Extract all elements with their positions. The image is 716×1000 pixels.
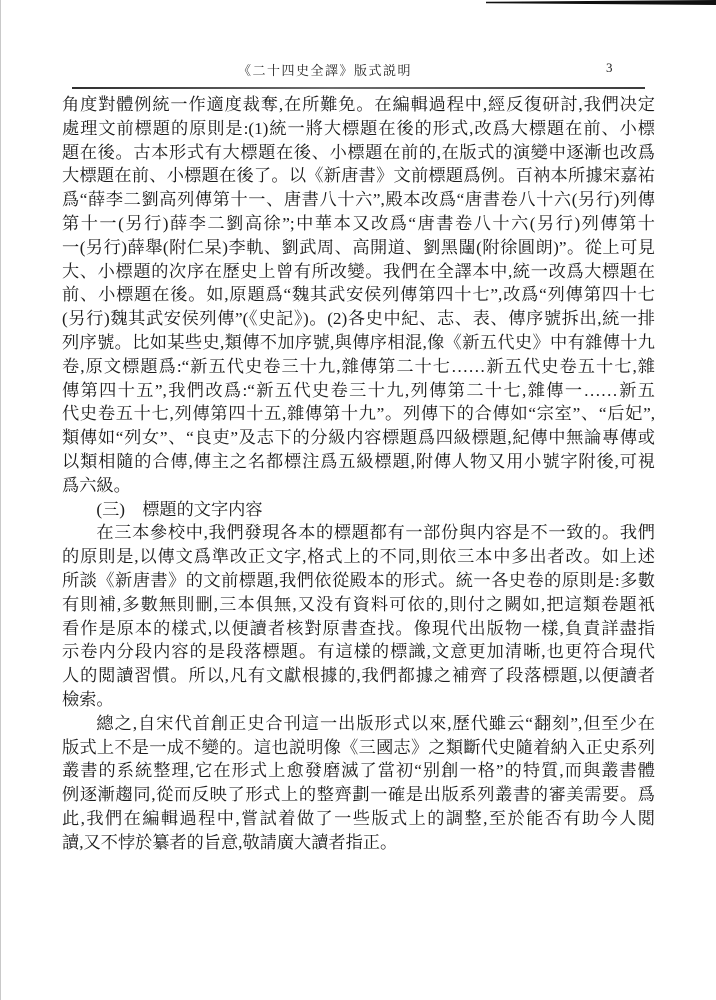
running-header-title: 《二十四史全譯》版式説明	[0, 60, 650, 79]
scanned-book-page: 《二十四史全譯》版式説明 3 角度對體例統一作適度裁奪,在所難免。在編輯過程中,…	[0, 0, 716, 1000]
text-line: 叢書的系統整理,它在形式上愈發磨滅了當初“别創一格”的特質,而與叢書體	[62, 759, 655, 783]
text-line: 列序號。比如某些史,類傳不加序號,與傳序相混,像《新五代史》中有雜傳十九	[62, 331, 655, 355]
text-line: 處理文前標題的原則是:(1)統一將大標題在後的形式,改爲大標題在前、小標	[62, 117, 655, 141]
text-line: 示卷内分段内容的是段落標題。有這樣的標識,文意更加清晰,也更符合現代	[62, 640, 655, 664]
section-heading: (三) 標題的文字内容	[62, 498, 655, 522]
text-line: 在三本參校中,我們發現各本的標題都有一部份與内容是不一致的。我們	[62, 521, 655, 545]
text-line: 一(另行)薛舉(附仁杲)李軌、劉武周、高開道、劉黑闥(附徐圓朗)”。從上可見	[62, 236, 655, 260]
paragraph: 總之,自宋代首創正史合刊這一出版形式以來,歷代雖云“翻刻”,但至少在 版式上不是…	[62, 712, 655, 855]
text-line: 總之,自宋代首創正史合刊這一出版形式以來,歷代雖云“翻刻”,但至少在	[62, 712, 655, 736]
text-line: 以類相隨的合傳,傳主之名都標注爲五級標題,附傳人物又用小號字附後,可視	[62, 450, 655, 474]
text-line: 的原則是,以傳文爲準改正文字,格式上的不同,則依三本中多出者改。如上述	[62, 545, 655, 569]
text-line: 大、小標題的次序在歷史上曾有所改變。我們在全譯本中,統一改爲大標題在	[62, 260, 655, 284]
page-body: 角度對體例統一作適度裁奪,在所難免。在編輯過程中,經反復研討,我們决定 處理文前…	[62, 93, 655, 855]
text-line: 版式上不是一成不變的。這也説明像《三國志》之類斷代史隨着納入正史系列	[62, 736, 655, 760]
text-line: 類傳如“列女”、“良吏”及志下的分級内容標題爲四級標題,紀傳中無論專傳或	[62, 426, 655, 450]
text-line: 大標題在前、小標題在後了。以《新唐書》文前標題爲例。百衲本所據宋嘉祐本	[62, 164, 655, 188]
text-line: 爲“薛李二劉高列傳第十一、唐書八十六”,殿本改爲“唐書卷八十六(另行)列傳	[62, 188, 655, 212]
paragraph: 在三本參校中,我們發現各本的標題都有一部份與内容是不一致的。我們 的原則是,以傳…	[62, 521, 655, 711]
text-line: 所談《新唐書》的文前標題,我們依從殿本的形式。統一各史卷的原則是:多數	[62, 569, 655, 593]
text-line: 第十一(另行)薛李二劉高徐”;中華本又改爲“唐書卷八十六(另行)列傳第十	[62, 212, 655, 236]
text-line: 看作是原本的樣式,以便讀者核對原書查找。像現代出版物一樣,負責詳盡指	[62, 617, 655, 641]
text-line: 例逐漸趨同,從而反映了形式上的整齊劃一確是出版系列叢書的審美需要。爲	[62, 783, 655, 807]
text-line: 讀,又不悖於纂者的旨意,敬請廣大讀者指正。	[62, 831, 655, 855]
scan-edge-left-line	[0, 0, 1, 1000]
text-line: 卷,原文標題爲:“新五代史卷三十九,雜傳第二十七……新五代史卷五十七,雜	[62, 355, 655, 379]
text-line: 角度對體例統一作適度裁奪,在所難免。在編輯過程中,經反復研討,我們决定	[62, 93, 655, 117]
paragraph: 角度對體例統一作適度裁奪,在所難免。在編輯過程中,經反復研討,我們决定 處理文前…	[62, 93, 655, 498]
text-line: 人的閲讀習慣。所以,凡有文獻根據的,我們都據之補齊了段落標題,以便讀者	[62, 664, 655, 688]
scan-artifact-top-edge	[486, 0, 716, 5]
text-line: 傳第四十五”,我們改爲:“新五代史卷三十九,列傳第二十七,雜傳一……新五	[62, 379, 655, 403]
page-number: 3	[606, 60, 613, 76]
text-line: 代史卷五十七,列傳第四十五,雜傳第十九”。列傳下的合傳如“宗室”、“后妃”,	[62, 402, 655, 426]
text-line: (另行)魏其武安侯列傳”(《史記》)。(2)各史中紀、志、表、傳序號拆出,統一排	[62, 307, 655, 331]
text-line: 爲六級。	[62, 474, 655, 498]
text-line: 此,我們在編輯過程中,嘗試着做了一些版式上的調整,至於能否有助今人閲	[62, 807, 655, 831]
text-line: 有則補,多數無則刪,三本俱無,又没有資料可依的,則付之闕如,把這類卷題衹	[62, 593, 655, 617]
text-line: 檢索。	[62, 688, 655, 712]
text-line: 前、小標題在後。如,原題爲“魏其武安侯列傳第四十七”,改爲“列傳第四十七	[62, 283, 655, 307]
text-line: 題在後。古本形式有大標題在後、小標題在前的,在版式的演變中逐漸也改爲	[62, 141, 655, 165]
header-rule	[72, 87, 645, 89]
